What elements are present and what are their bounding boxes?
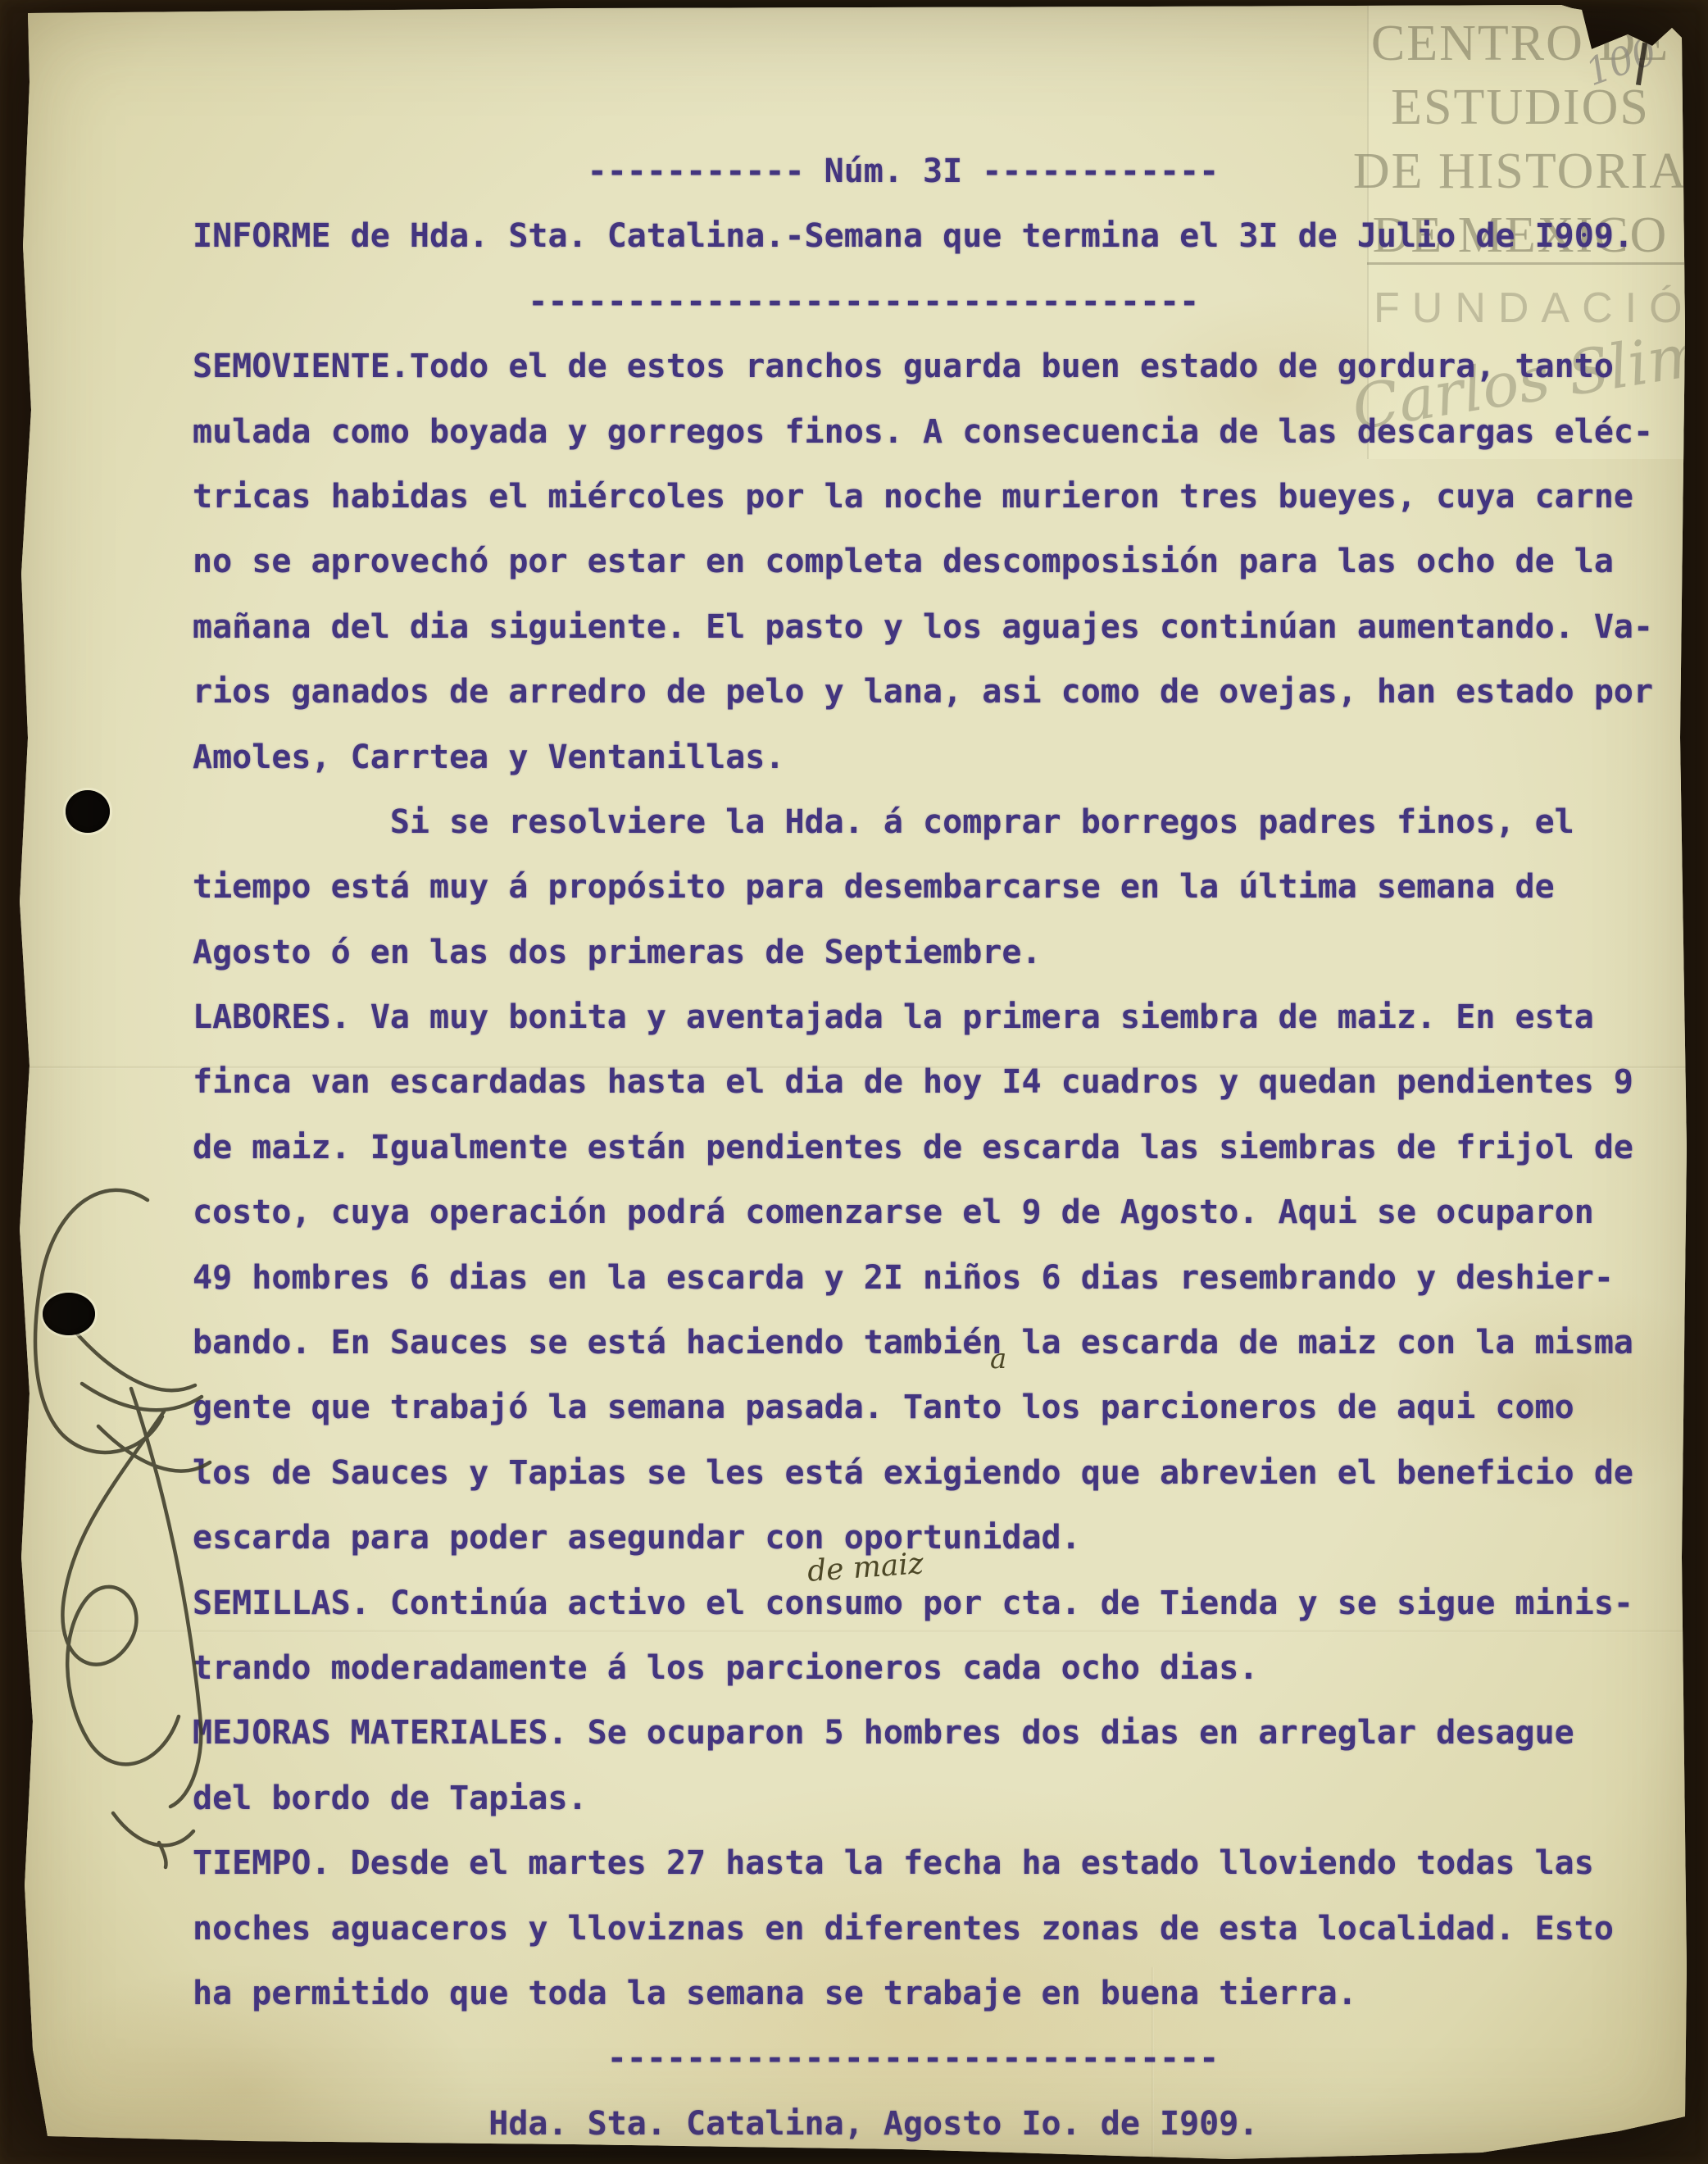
typed-line: Hda. Sta. Catalina, Agosto Io. de I909. <box>193 2092 1692 2157</box>
typed-line: trando moderadamente á los parcioneros c… <box>193 1636 1692 1701</box>
typed-line: tricas habidas el miércoles por la noche… <box>193 465 1692 530</box>
typed-line: mañana del dia siguiente. El pasto y los… <box>193 595 1692 660</box>
typed-line: de maiz. Igualmente están pendientes de … <box>193 1116 1692 1180</box>
typed-line: bando. En Sauces se está haciendo tambié… <box>193 1311 1692 1375</box>
watermark-line: ESTUDIOS <box>1344 75 1697 139</box>
typed-line: INFORME de Hda. Sta. Catalina.-Semana qu… <box>193 204 1692 269</box>
typed-line: Si se resolviere la Hda. á comprar borre… <box>193 790 1692 855</box>
typed-line: tiempo está muy á propósito para desemba… <box>193 855 1692 920</box>
typed-line: MEJORAS MATERIALES. Se ocuparon 5 hombre… <box>193 1701 1692 1766</box>
typed-line: del bordo de Tapias. <box>193 1766 1692 1831</box>
typed-line: ------------------------------- <box>193 2026 1692 2091</box>
typed-line: SEMILLAS. Continúa activo el consumo por… <box>193 1571 1692 1636</box>
typed-line: ---------------------------------- <box>193 270 1692 334</box>
typed-line: ----------- Núm. 3I ------------ <box>193 139 1692 204</box>
punch-hole <box>66 790 110 833</box>
typed-line: escarda para poder asegundar con oportun… <box>193 1506 1692 1571</box>
typed-line: mulada como boyada y gorregos finos. A c… <box>193 400 1692 465</box>
typed-line: noches aguaceros y lloviznas en diferent… <box>193 1897 1692 1962</box>
paper-sheet: CENTRO DE ESTUDIOS DE HISTORIA DE MEXICO… <box>0 0 1708 2164</box>
signature-flourish <box>15 1141 228 1895</box>
typed-line: LABORES. Va muy bonita y aventajada la p… <box>193 985 1692 1050</box>
typed-line: ha permitido que toda la semana se traba… <box>193 1962 1692 2026</box>
typed-line: costo, cuya operación podrá comenzarse e… <box>193 1180 1692 1245</box>
handwritten-insertion-a: a <box>990 1343 1006 1375</box>
typed-line: Amoles, Carrtea y Ventanillas. <box>193 725 1692 790</box>
typed-line: rios ganados de arredro de pelo y lana, … <box>193 660 1692 725</box>
punch-hole <box>43 1293 95 1335</box>
typed-line: 49 hombres 6 dias en la escarda y 2I niñ… <box>193 1246 1692 1311</box>
typed-line: finca van escardadas hasta el dia de hoy… <box>193 1050 1692 1115</box>
typed-line: no se aprovechó por estar en completa de… <box>193 530 1692 594</box>
typed-text: ----------- Núm. 3I ------------INFORME … <box>193 139 1692 2157</box>
typed-line: Agosto ó en las dos primeras de Septiemb… <box>193 921 1692 985</box>
scanned-document-canvas: CENTRO DE ESTUDIOS DE HISTORIA DE MEXICO… <box>0 0 1708 2164</box>
typed-line: los de Sauces y Tapias se les está exigi… <box>193 1441 1692 1506</box>
typed-line: gente que trabajó la semana pasada. Tant… <box>193 1375 1692 1440</box>
typed-line: SEMOVIENTE.Todo el de estos ranchos guar… <box>193 334 1692 399</box>
typed-line: TIEMPO. Desde el martes 27 hasta la fech… <box>193 1831 1692 1896</box>
